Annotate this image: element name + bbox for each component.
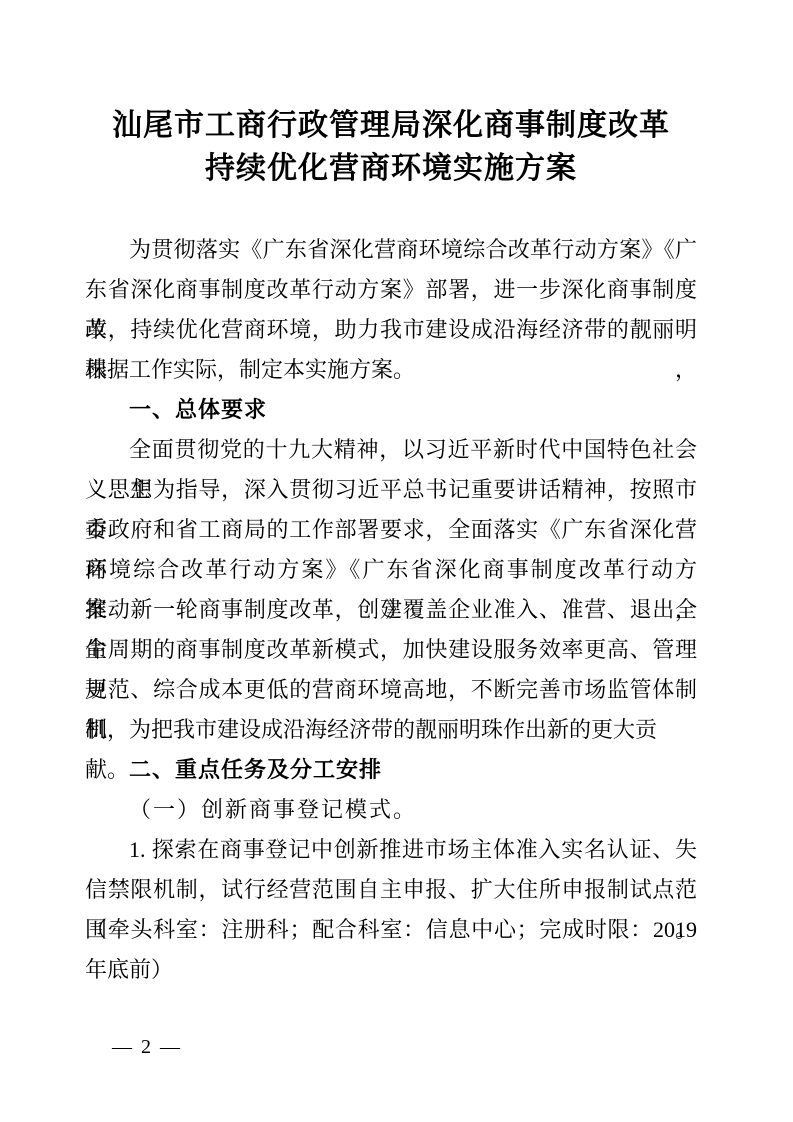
paragraph-line: 推动新一轮商事制度改革，创建覆盖企业准入、准营、退出全生: [85, 590, 697, 630]
paragraph-line: 信禁限机制，试行经营范围自主申报、扩大住所申报制试点范围。: [85, 870, 697, 910]
section-heading: 二、重点任务及分工安排: [85, 750, 697, 790]
paragraph-line: （牵头科室：注册科；配合科室：信息中心；完成时限：2019: [85, 910, 697, 950]
paragraph-line: 义思想为指导，深入贯彻习近平总书记重要讲话精神，按照市委: [85, 470, 697, 510]
paragraph-line: 制，为把我市建设成沿海经济带的靓丽明珠作出新的更大贡献。: [85, 710, 697, 750]
paragraph-line: 环境综合改革行动方案》《广东省深化商事制度改革行动方案》，: [85, 550, 697, 590]
paragraph-line: 命周期的商事制度改革新模式，加快建设服务效率更高、管理更: [85, 630, 697, 670]
sub-section-heading: （一）创新商事登记模式。: [85, 790, 697, 830]
paragraph-line: 1. 探索在商事登记中创新推进市场主体准入实名认证、失: [85, 830, 697, 870]
document-title: 汕尾市工商行政管理局深化商事制度改革持续优化营商环境实施方案: [85, 104, 697, 190]
paragraph-line: 为贯彻落实《广东省深化营商环境综合改革行动方案》《广: [85, 230, 697, 270]
page-number: — 2 —: [112, 1032, 182, 1062]
paragraph-line: 规范、综合成本更低的营商环境高地，不断完善市场监管体制机: [85, 670, 697, 710]
section-heading: 一、总体要求: [85, 390, 697, 430]
document-page: 汕尾市工商行政管理局深化商事制度改革持续优化营商环境实施方案 为贯彻落实《广东省…: [0, 0, 793, 1122]
paragraph-line: 东省深化商事制度改革行动方案》部署，进一步深化商事制度改: [85, 270, 697, 310]
paragraph-line: 市政府和省工商局的工作部署要求，全面落实《广东省深化营商: [85, 510, 697, 550]
document-content: 汕尾市工商行政管理局深化商事制度改革持续优化营商环境实施方案 为贯彻落实《广东省…: [85, 104, 697, 990]
document-body: 为贯彻落实《广东省深化营商环境综合改革行动方案》《广东省深化商事制度改革行动方案…: [85, 230, 697, 990]
paragraph-line: 革，持续优化营商环境，助力我市建设成沿海经济带的靓丽明珠，: [85, 310, 697, 350]
title-line: 持续优化营商环境实施方案: [85, 147, 697, 190]
title-line: 汕尾市工商行政管理局深化商事制度改革: [85, 104, 697, 147]
paragraph-line: 年底前）: [85, 950, 697, 990]
paragraph-line: 全面贯彻党的十九大精神，以习近平新时代中国特色社会主: [85, 430, 697, 470]
